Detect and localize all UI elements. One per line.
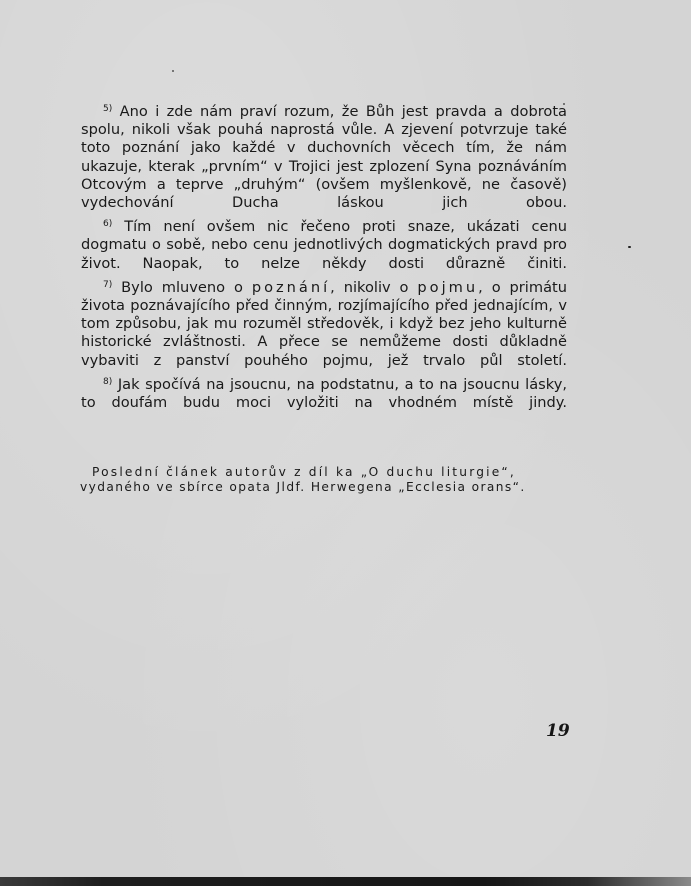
footnote-marker: 6) [103,219,112,229]
footnote-text: Ano i zde nám praví rozum, že Bůh jest p… [81,103,567,211]
scanner-edge [0,877,691,886]
footnote-text: Jak spočívá na jsoucnu, na podstatnu, a … [81,376,567,411]
book-page: 5) Ano i zde nám praví rozum, že Bůh jes… [0,0,691,877]
footnote-text: Bylo mluveno o [112,279,252,296]
emphasized-word: pojmu [417,279,478,296]
footnote-marker: 7) [103,280,112,290]
footnote-text: Tím není ovšem nic řečeno proti snaze, u… [81,218,567,271]
source-note-line-1: Poslední článek autorův z díl ka „O duch… [80,465,570,480]
footnote-8: 8) Jak spočívá na jsoucnu, na podstatnu,… [81,376,567,412]
footnote-marker: 8) [103,377,112,387]
paper-speck [628,246,631,248]
footnote-text: , nikoliv o [330,279,417,296]
footnote-5: 5) Ano i zde nám praví rozum, že Bůh jes… [81,103,567,212]
footnote-6: 6) Tím není ovšem nic řečeno proti snaze… [81,218,567,273]
footnote-7: 7) Bylo mluveno o poznání, nikoliv o poj… [81,279,567,370]
source-note: Poslední článek autorův z díl ka „O duch… [80,465,570,495]
page-number: 19 [546,721,570,741]
source-note-line-2: vydaného ve sbírce opata Jldf. Herwegena… [80,480,570,495]
emphasized-word: poznání [252,279,330,296]
footnotes-block: 5) Ano i zde nám praví rozum, že Bůh jes… [81,103,567,418]
paper-speck [172,70,174,72]
footnote-marker: 5) [103,104,112,114]
